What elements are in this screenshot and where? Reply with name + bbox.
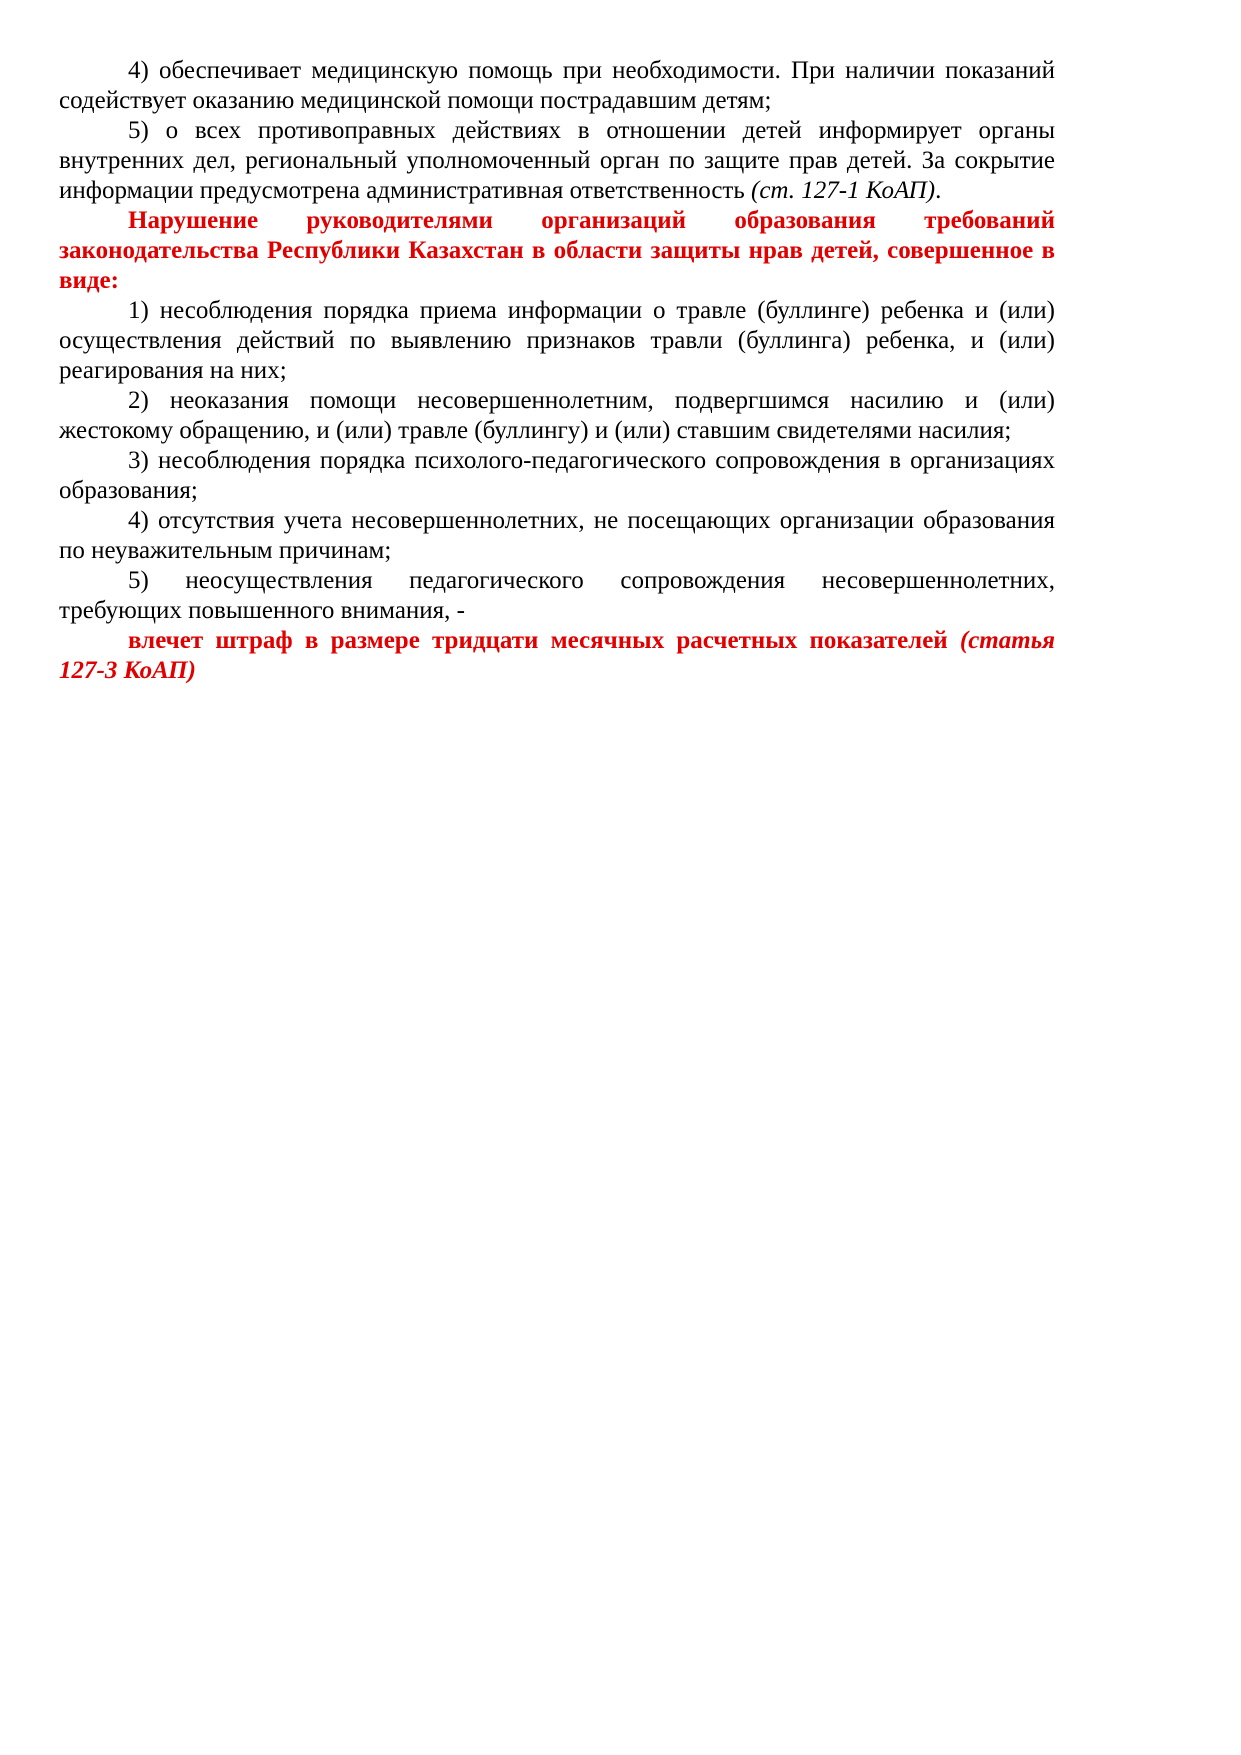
paragraph-text: 1) несоблюдения порядка приема информаци… [59, 297, 1055, 384]
paragraph-violation-2: 2) неоказания помощи несовершеннолетним,… [59, 386, 1055, 446]
paragraph-text: 4) обеспечивает медицинскую помощь при н… [59, 57, 1055, 114]
penalty-paragraph: влечет штраф в размере тридцати месячных… [59, 626, 1055, 686]
paragraph-violation-1: 1) несоблюдения порядка приема информаци… [59, 296, 1055, 386]
paragraph-duty-5: 5) о всех противоправных действиях в отн… [59, 116, 1055, 206]
paragraph-duty-4: 4) обеспечивает медицинскую помощь при н… [59, 56, 1055, 116]
paragraph-text: 3) несоблюдения порядка психолого-педаго… [59, 447, 1055, 504]
paragraph-violation-3: 3) несоблюдения порядка психолого-педаго… [59, 446, 1055, 506]
paragraph-text: 5) неосуществления педагогического сопро… [59, 567, 1055, 624]
penalty-text: влечет штраф в размере тридцати месячных… [128, 627, 960, 654]
paragraph-violation-4: 4) отсутствия учета несовершеннолетних, … [59, 506, 1055, 566]
document-page: 4) обеспечивает медицинскую помощь при н… [59, 56, 1055, 686]
citation-127-1: (ст. 127-1 КоАП) [751, 177, 935, 204]
paragraph-text: 2) неоказания помощи несовершеннолетним,… [59, 387, 1055, 444]
violation-heading: Нарушение руководителями организаций обр… [59, 206, 1055, 296]
paragraph-violation-5: 5) неосуществления педагогического сопро… [59, 566, 1055, 626]
paragraph-trail: . [935, 177, 941, 204]
heading-text: Нарушение руководителями организаций обр… [59, 207, 1055, 294]
paragraph-text: 4) отсутствия учета несовершеннолетних, … [59, 507, 1055, 564]
